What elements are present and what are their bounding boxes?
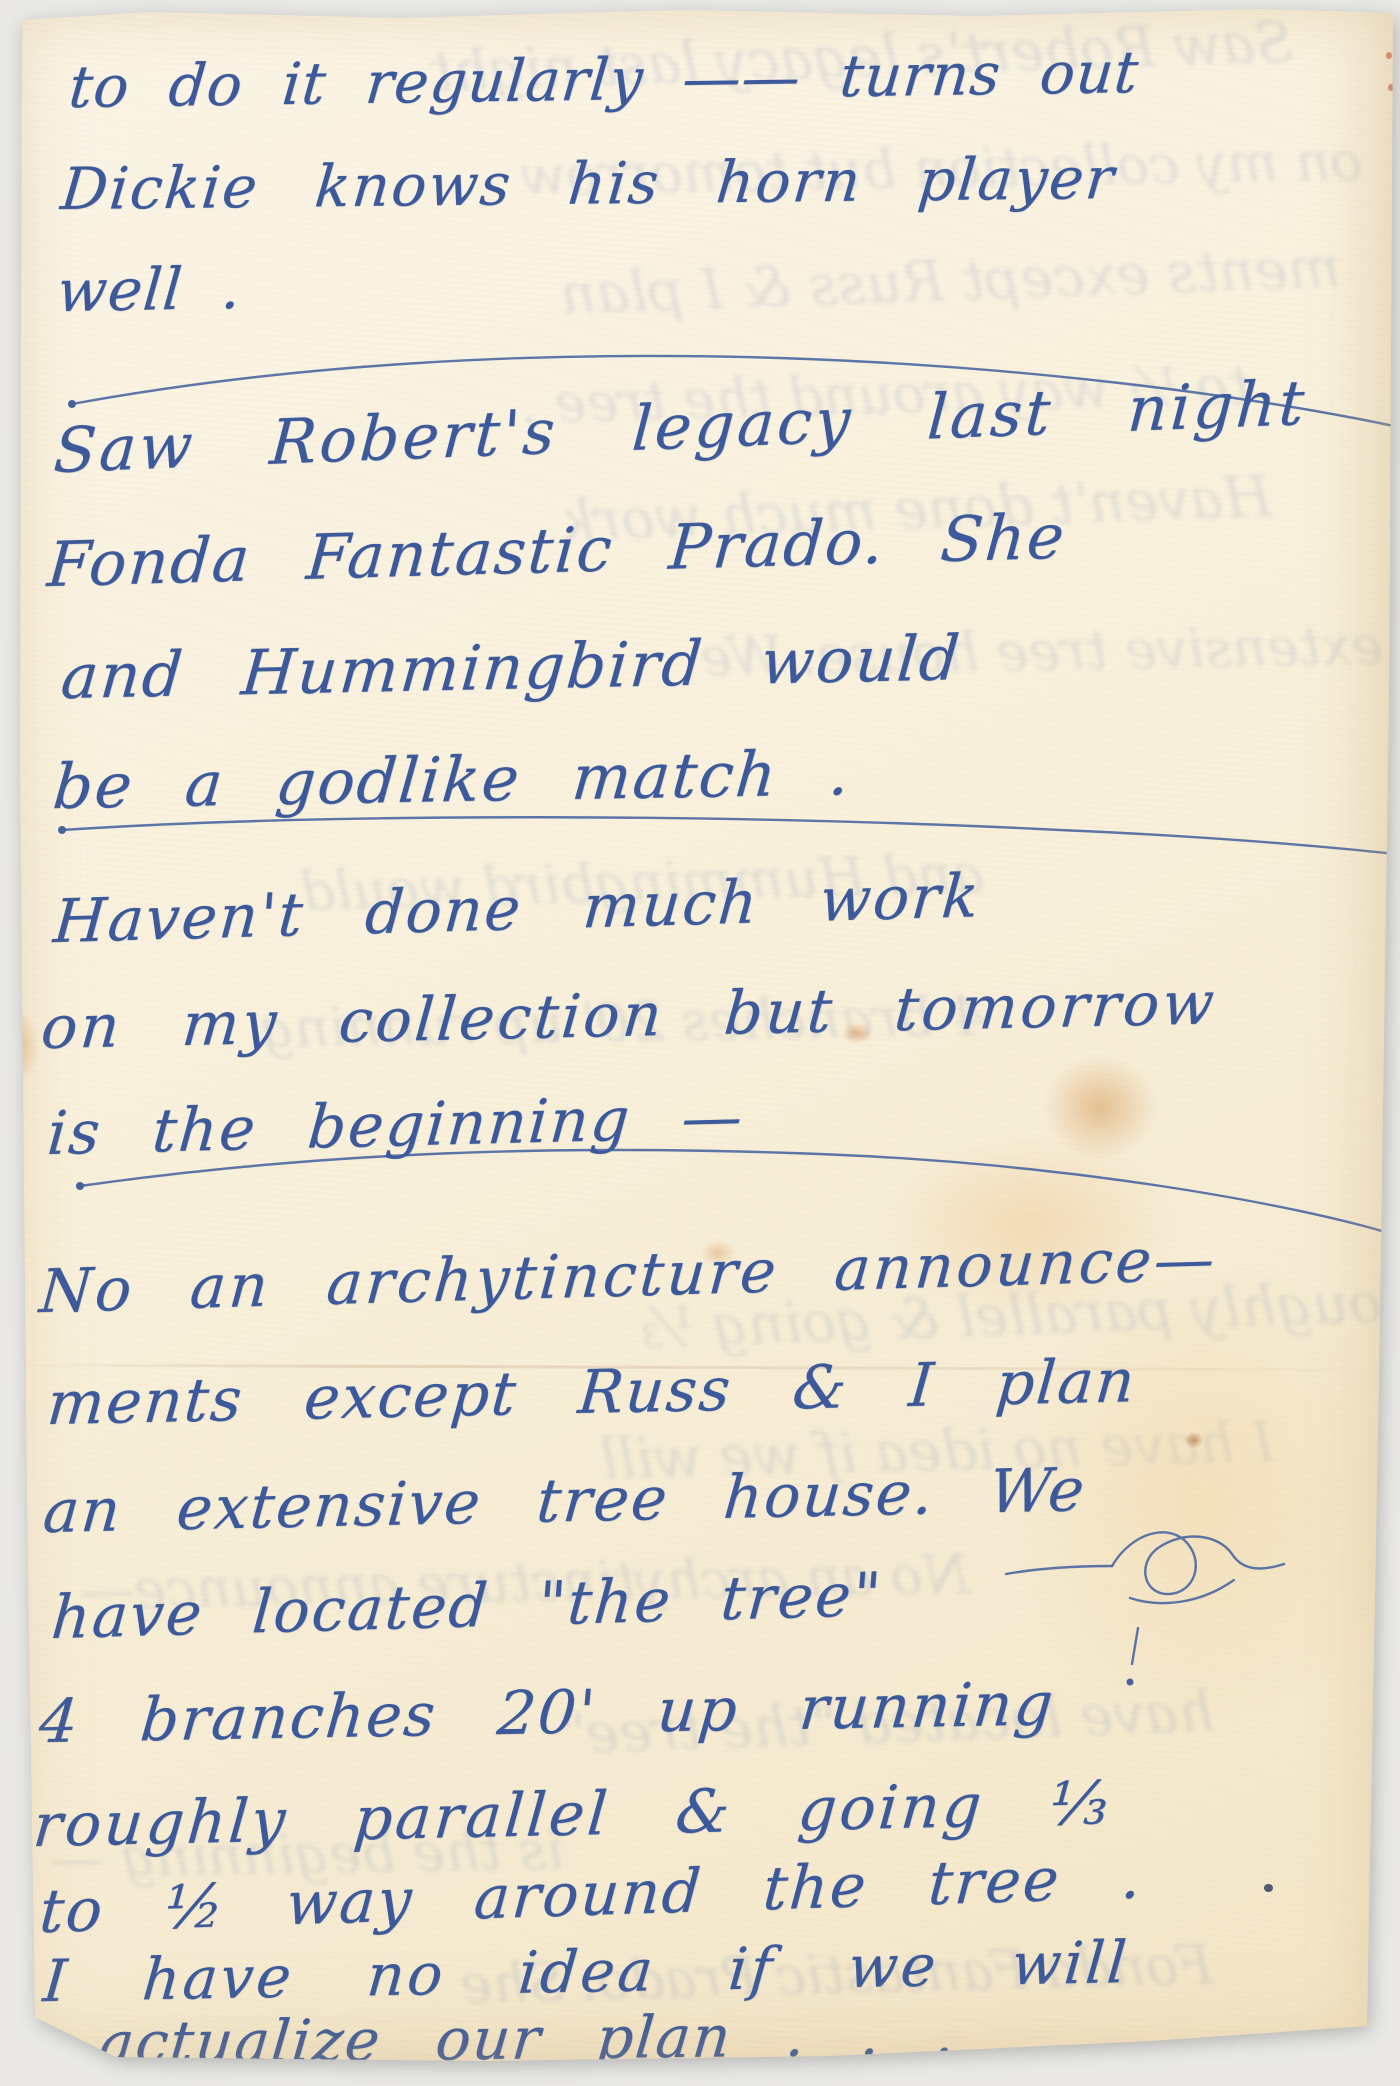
handwritten-line: actualize our plan . . . (97, 2005, 960, 2072)
handwritten-line: on my collection but tomorrow (39, 973, 1219, 1058)
foxing-stain (0, 1004, 40, 1088)
handwritten-line: Haven't done much work (51, 866, 982, 952)
bleed-through-line: ments except Russ & I plan (559, 240, 1342, 323)
divider-2-start-dot (58, 826, 66, 834)
handwritten-line: be a godlike match . (51, 742, 854, 818)
divider-3-start-dot (76, 1182, 84, 1190)
scribble-strike (1130, 1580, 1234, 1603)
ink-blot (1264, 1884, 1273, 1892)
handwritten-line: to do it regularly —— turns out (67, 43, 1142, 116)
foxing-stain (1040, 1052, 1160, 1162)
dash-after-the-tree (1006, 1566, 1112, 1574)
divider-1-start-dot (68, 400, 76, 408)
exclamation-stroke (1132, 1628, 1138, 1664)
handwritten-line: well . (55, 259, 244, 320)
red-speck (1388, 84, 1394, 91)
handwritten-line: I have no idea if we will (41, 1933, 1132, 2010)
handwritten-line: roughly parallel & going ⅓ (31, 1773, 1114, 1856)
handwritten-line: Fonda Fantastic Prado. She (45, 506, 1068, 597)
red-speck (1386, 52, 1392, 59)
handwritten-line: 4 branches 20' up running (37, 1674, 1057, 1752)
scan-background: Saw Robert's legacy last night on my col… (0, 0, 1400, 2086)
handwritten-line: and Hummingbird would (59, 627, 964, 708)
handwritten-line: an extensive tree house. We (41, 1460, 1088, 1542)
paper-sheet: Saw Robert's legacy last night on my col… (0, 0, 1400, 2086)
scribbled-out-word (1112, 1532, 1284, 1594)
handwritten-line: is the beginning — (45, 1087, 746, 1164)
letter-paper: Saw Robert's legacy last night on my col… (0, 0, 1400, 2086)
handwritten-line: Dickie knows his horn player (59, 149, 1119, 218)
